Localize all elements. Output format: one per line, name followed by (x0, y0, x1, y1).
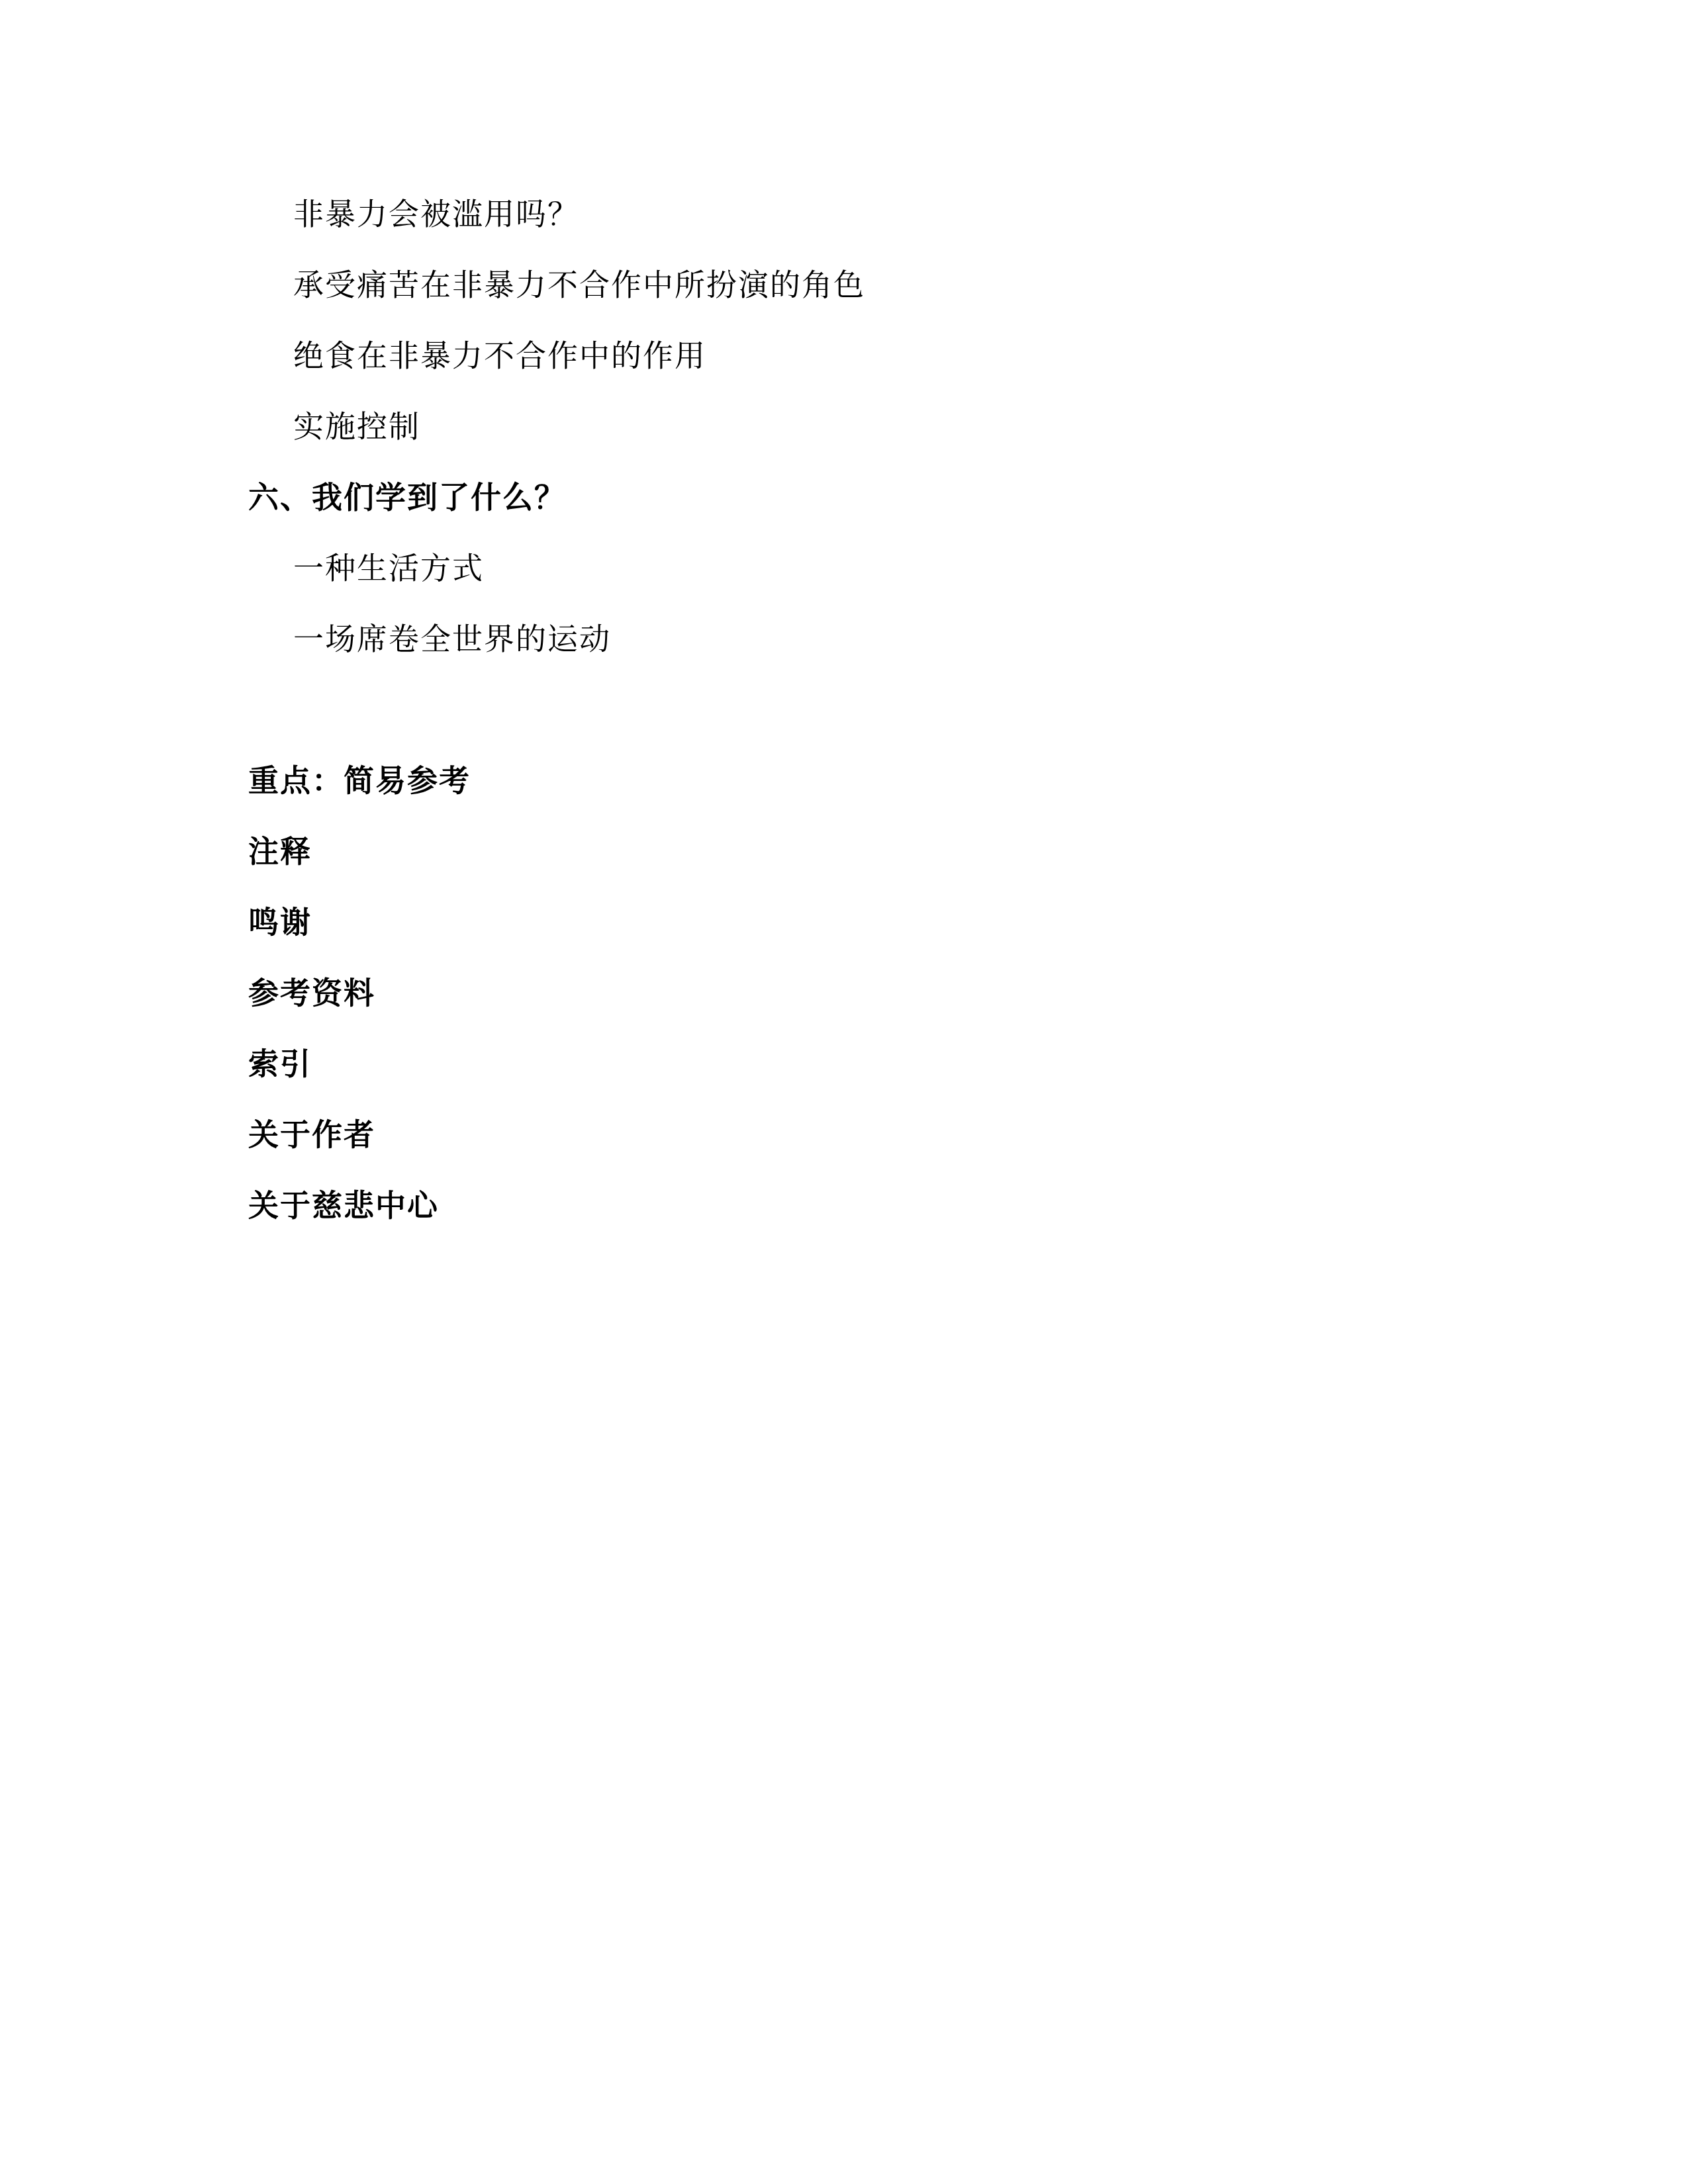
toc-item: 注释 (248, 816, 1556, 887)
toc-item: 实施控制 (248, 391, 1556, 462)
toc-item: 绝食在非暴力不合作中的作用 (248, 320, 1556, 391)
toc-item: 非暴力会被滥用吗？ (248, 179, 1556, 250)
toc-item: 六、我们学到了什么？ (248, 462, 1556, 533)
document-page: 非暴力会被滥用吗？承受痛苦在非暴力不合作中所扮演的角色绝食在非暴力不合作中的作用… (0, 0, 1688, 2184)
toc-item: 索引 (248, 1028, 1556, 1099)
toc-item: 承受痛苦在非暴力不合作中所扮演的角色 (248, 250, 1556, 320)
toc-item: 一场席卷全世界的运动 (248, 604, 1556, 674)
toc-item: 关于作者 (248, 1099, 1556, 1170)
toc-item: 参考资料 (248, 958, 1556, 1028)
toc-item: 鸣谢 (248, 887, 1556, 958)
toc-item: 关于慈悲中心 (248, 1170, 1556, 1241)
toc-item: 一种生活方式 (248, 533, 1556, 604)
toc-list: 非暴力会被滥用吗？承受痛苦在非暴力不合作中所扮演的角色绝食在非暴力不合作中的作用… (248, 179, 1556, 1241)
toc-item: 重点：简易参考 (248, 745, 1556, 816)
